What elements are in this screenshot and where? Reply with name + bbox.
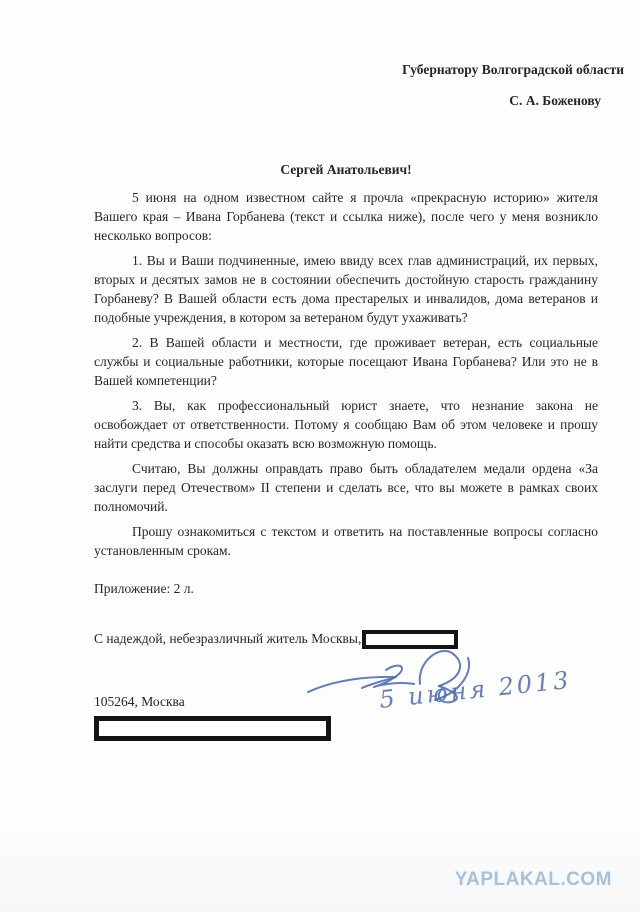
paragraph-question-3: 3. Вы, как профессиональный юрист знаете… — [94, 396, 598, 453]
paragraph-question-2: 2. В Вашей области и местности, где прож… — [94, 333, 598, 390]
salutation: Сергей Анатольевич! — [94, 162, 598, 178]
paragraph-medal: Считаю, Вы должны оправдать право быть о… — [94, 459, 598, 516]
paragraph-question-1: 1. Вы и Ваши подчиненные, имею ввиду все… — [94, 251, 598, 327]
city-line: 105264, Москва — [94, 694, 185, 710]
attachment-line: Приложение: 2 л. — [94, 581, 194, 597]
redaction-box-address — [94, 716, 331, 741]
site-watermark: YAPLAKAL.COM — [455, 869, 612, 891]
paragraph-intro: 5 июня на одном известном сайте я прочла… — [94, 188, 598, 245]
recipient-block: Губернатору Волгоградской области С. А. … — [402, 54, 624, 116]
letter-body: 5 июня на одном известном сайте я прочла… — [94, 188, 598, 566]
scanned-letter-page: Губернатору Волгоградской области С. А. … — [0, 0, 640, 912]
recipient-name: С. А. Боженову — [402, 85, 624, 116]
paragraph-request: Прошу ознакомиться с текстом и ответить … — [94, 522, 598, 560]
recipient-title: Губернатору Волгоградской области — [402, 54, 624, 85]
